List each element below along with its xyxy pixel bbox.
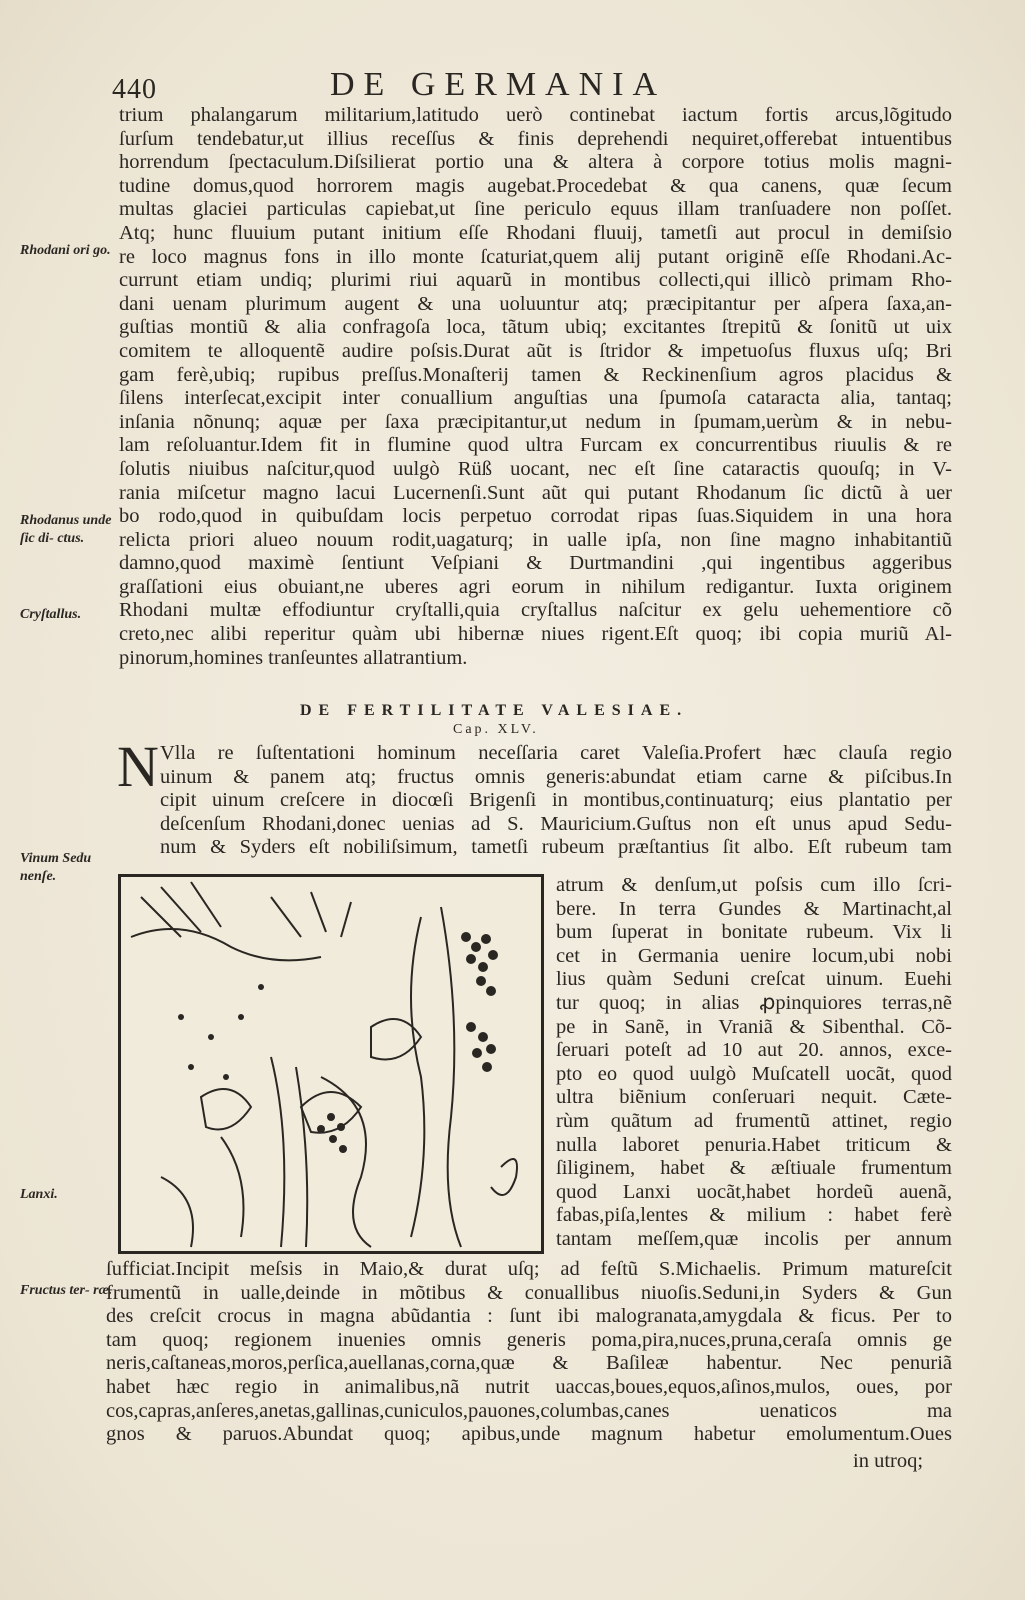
running-head: DE GERMANIA — [330, 66, 666, 104]
text-line: lam reſoluantur.Idem fit in flumine quod… — [119, 434, 952, 458]
book-page: 440 DE GERMANIA trium phalangarum milita… — [0, 0, 1025, 1600]
woodcut-illustration — [118, 874, 544, 1254]
text-line: num & Syders eſt nobiliſsimum, tametſi r… — [160, 836, 952, 860]
text-line: graſſationi eius obuiant,ne uberes agri … — [119, 576, 952, 600]
text-line: re loco magnus fons in illo monte ſcatur… — [119, 246, 952, 270]
margin-note: Fructus ter- ræ. — [20, 1282, 120, 1300]
text-line: quod Lanxi uocãt,habet hordeũ auenã, — [556, 1181, 952, 1205]
text-line: ſufficiat.Incipit meſsis in Maio,& durat… — [106, 1258, 952, 1282]
text-line: pinorum,homines tranſeuntes allatrantium… — [119, 647, 952, 671]
text-line: habet hæc regio in animalibus,nã nutrit … — [106, 1376, 952, 1400]
text-line: bo rodo,quod in quibuſdam locis perpetuo… — [119, 505, 952, 529]
text-line: tur quoq; in alias ꝓpinquiores terras,nẽ — [556, 992, 952, 1016]
page-number: 440 — [112, 74, 157, 106]
bottom-text-block: ſufficiat.Incipit meſsis in Maio,& durat… — [106, 1258, 952, 1447]
text-line: fabas,piſa,lentes & milium : habet ferè — [556, 1204, 952, 1228]
text-line: Rhodani multæ effodiuntur cryſtalli,quia… — [119, 599, 952, 623]
chapter-label: Cap. XLV. — [453, 722, 539, 738]
text-line: cipit uinum creſcere in diocœſi Brigenſi… — [160, 789, 952, 813]
section-title: DE FERTILITATE VALESIAE. — [300, 702, 688, 720]
top-text-block: trium phalangarum militarium,latitudo ue… — [119, 104, 952, 670]
text-line: cet in Germania uenire locum,ubi nobi — [556, 945, 952, 969]
margin-note: Rhodanus unde ſic di- ctus. — [20, 512, 120, 548]
text-line: rania miſcetur magno lacui Lucernenſi.Su… — [119, 482, 952, 506]
text-line: creto,nec alibi reperitur quàm ubi hiber… — [119, 623, 952, 647]
text-line: multas glaciei particulas capiebat,ut ſi… — [119, 198, 952, 222]
text-line: deſcenſum Rhodani,donec uenias ad S. Mau… — [160, 813, 952, 837]
chapter-opening-text: Vlla re ſuſtentationi hominum neceſſaria… — [160, 742, 952, 860]
text-line: nulla laboret penuria.Habet triticum & — [556, 1134, 952, 1158]
text-line: gam ferè,ubiq; rupibus preſſus.Monaſteri… — [119, 364, 952, 388]
margin-note: Rhodani ori go. — [20, 242, 120, 260]
text-line: rùm quãtum ad frumentũ attinet, regio — [556, 1110, 952, 1134]
text-line: damno,quod maximè ſentiunt Veſpiani & Du… — [119, 552, 952, 576]
text-line: comitem te alloquentẽ audire poſsis.Dura… — [119, 340, 952, 364]
text-line: ſolutis niuibus naſcitur,quod uulgò Rüß … — [119, 458, 952, 482]
text-line: des creſcit crocus in magna abũdantia : … — [106, 1305, 952, 1329]
text-line: lius quàm Seduni creſcat uinum. Euehi — [556, 968, 952, 992]
text-line: horrendum ſpectaculum.Diſsilierat portio… — [119, 151, 952, 175]
text-line: ſiliginem, habet & æſtiuale frumentum — [556, 1157, 952, 1181]
text-line: tantam meſſem,quæ incolis per annum — [556, 1228, 952, 1252]
catchword: in utroq; — [853, 1450, 923, 1473]
margin-note: Cryſtallus. — [20, 606, 120, 624]
text-line: Atq; hunc fluuium putant initium eſſe Rh… — [119, 222, 952, 246]
side-text-block: atrum & denſum,ut poſsis cum illo ſcri-b… — [556, 874, 952, 1252]
text-line: uinum & panem atq; fructus omnis generis… — [160, 766, 952, 790]
margin-note: Vinum Sedu nenſe. — [20, 850, 120, 886]
text-line: ſilens interſecat,excipit inter conualli… — [119, 387, 952, 411]
text-line: relicta priori alueo nouum rodit,uagatur… — [119, 529, 952, 553]
text-line: Vlla re ſuſtentationi hominum neceſſaria… — [160, 742, 952, 766]
text-line: pe in Sanẽ, in Vraniã & Sibenthal. Cõ- — [556, 1016, 952, 1040]
text-line: tam quoq; regionem inuenies omnis generi… — [106, 1329, 952, 1353]
text-line: pto eo quod uulgò Muſcatell uocãt, quod — [556, 1063, 952, 1087]
text-line: ſurſum tendebatur,ut illius receſſus & f… — [119, 128, 952, 152]
text-line: guſtias montiũ & alia confragoſa loca, t… — [119, 316, 952, 340]
text-line: currunt etiam undiq; plurimi riui aquarũ… — [119, 269, 952, 293]
text-line: trium phalangarum militarium,latitudo ue… — [119, 104, 952, 128]
text-line: inſania nõnunq; aquæ per ſaxa præcipitan… — [119, 411, 952, 435]
text-line: cos,capras,anſeres,anetas,gallinas,cunic… — [106, 1400, 952, 1424]
text-line: frumentũ in ualle,deinde in mõtibus & co… — [106, 1282, 952, 1306]
drop-cap: N — [117, 742, 159, 792]
text-line: gnos & paruos.Abundat quoq; apibus,unde … — [106, 1423, 952, 1447]
text-line: ſeruari poteſt ad 10 aut 20. annos, exce… — [556, 1039, 952, 1063]
text-line: bere. In terra Gundes & Martinacht,al — [556, 898, 952, 922]
text-line: atrum & denſum,ut poſsis cum illo ſcri- — [556, 874, 952, 898]
text-line: dani uenam plurimum augent & una uoluunt… — [119, 293, 952, 317]
grapevine-woodcut-icon — [121, 877, 541, 1251]
text-line: tudine domus,quod horrorem magis augebat… — [119, 175, 952, 199]
text-line: ultra biẽnium conſeruari nequit. Cæte- — [556, 1086, 952, 1110]
text-line: bum ſuperat in bonitate rubeum. Vix li — [556, 921, 952, 945]
margin-note: Lanxi. — [20, 1186, 120, 1204]
text-line: neris,caſtaneas,moros,perſica,auellanas,… — [106, 1352, 952, 1376]
